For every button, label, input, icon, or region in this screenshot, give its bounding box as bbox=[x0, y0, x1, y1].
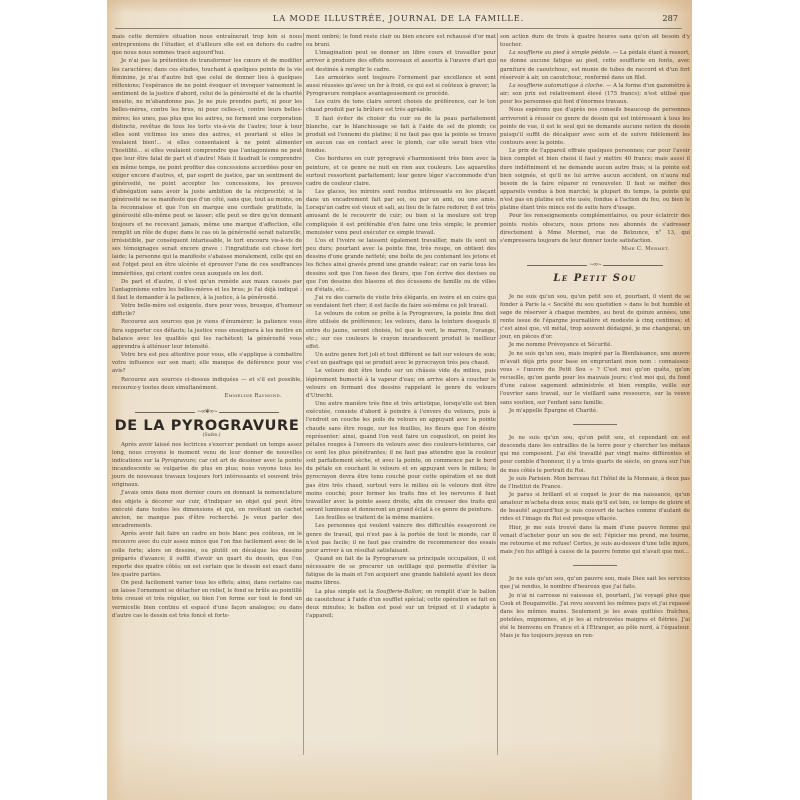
author-signature: Emmeline Raymond. bbox=[112, 392, 302, 400]
paragraph: Les personnes qui veulent vaincre des di… bbox=[306, 522, 496, 555]
paragraph: Je ne suis qu'un sou, qu'un petit sou, e… bbox=[500, 434, 690, 475]
ornament-line bbox=[135, 412, 195, 413]
paragraph: On peut facilement varier tous les effet… bbox=[112, 579, 302, 620]
paragraph: Les glaces, les miroirs sont rendus inté… bbox=[306, 188, 496, 237]
section-divider bbox=[573, 565, 617, 566]
section-divider bbox=[573, 424, 617, 425]
journal-title: LA MODE ILLUSTRÉE, JOURNAL DE LA FAMILLE… bbox=[115, 13, 682, 23]
paragraph: La soufflerie au pied à simple pédale. —… bbox=[500, 49, 690, 82]
paragraph: Les cuirs de tons clairs seront choisis … bbox=[306, 98, 496, 114]
paragraph: Le prix de l'appareil effraie quelques p… bbox=[500, 147, 690, 212]
paragraph: Pour les renseignements complémentaires,… bbox=[500, 212, 690, 245]
paragraph: Les feuilles se traitent de la même mani… bbox=[306, 514, 496, 522]
paragraph: Je ne suis qu'un sou, mais inspiré par l… bbox=[500, 350, 690, 407]
paragraph: Votre bru est peu attentive pour vous, e… bbox=[112, 351, 302, 375]
paragraph: Après avoir fait faire un cadre en bois … bbox=[112, 530, 302, 579]
section-ornament: ∼∞∼ bbox=[500, 261, 690, 269]
paragraph: Je me nomme Prévoyance et Sécurité. bbox=[500, 341, 690, 349]
paragraph: Je parus si brillant et si coquet le jou… bbox=[500, 491, 690, 524]
ornament-flourish-icon: ∼∞∼ bbox=[589, 261, 601, 269]
paragraph: Je ne suis qu'un sou, qu'un petit sou et… bbox=[500, 293, 690, 342]
page-number: 287 bbox=[662, 13, 678, 23]
paragraph: L'imagination peut se donner un libre co… bbox=[306, 49, 496, 73]
paragraph: Les armoiries sont toujours l'ornement p… bbox=[306, 74, 496, 98]
ornament-line bbox=[527, 265, 587, 266]
emphasis: Soufflerie-Ballon bbox=[376, 589, 421, 595]
article-title: DE LA PYROGRAVURE bbox=[112, 422, 302, 430]
paragraph: Votre belle-mère est exigente, dure pour… bbox=[112, 302, 302, 318]
paragraph: Un autre genre fort joli et tout différe… bbox=[306, 351, 496, 367]
page-header: LA MODE ILLUSTRÉE, JOURNAL DE LA FAMILLE… bbox=[115, 10, 682, 29]
paragraph: Après avoir laissé nos lectrices s'exerc… bbox=[112, 441, 302, 490]
paragraph: Il faut éviter de choisir du cuir ou de … bbox=[306, 115, 496, 156]
paragraph: Quand on fait de la Pyrogravure sa princ… bbox=[306, 555, 496, 588]
column-divider bbox=[497, 33, 498, 755]
ornament-flourish-icon: ∼∞❦∞∼ bbox=[197, 408, 217, 416]
paragraph: son action dure de trois à quatre heures… bbox=[500, 33, 690, 49]
emphasis: La soufflerie automatique à cloche. bbox=[509, 83, 604, 89]
ornament-line bbox=[219, 412, 279, 413]
paragraph: Recourez aux sources que je viens d'énum… bbox=[112, 318, 302, 351]
paragraph: L'os et l'ivoire se laissent également t… bbox=[306, 237, 496, 294]
paragraph: La soufflerie automatique à cloche. — A … bbox=[500, 82, 690, 106]
paragraph: J'avais omis dans mon dernier cours en d… bbox=[112, 489, 302, 530]
paragraph: Je n'ai pas la prétention de transformer… bbox=[112, 57, 302, 277]
paragraph: Ces bordures en cuir pyrogravé s'harmoni… bbox=[306, 155, 496, 188]
paragraph: Je m'appelle Épargne et Charité. bbox=[500, 407, 690, 415]
paragraph: Recourez aux sources ci-dessus indiquées… bbox=[112, 376, 302, 392]
newspaper-page: LA MODE ILLUSTRÉE, JOURNAL DE LA FAMILLE… bbox=[107, 0, 692, 800]
paragraph: Je suis Parisien. Mon berceau fut l'hôte… bbox=[500, 475, 690, 491]
paragraph: Hier, je me suis trouvé dans la main d'u… bbox=[500, 524, 690, 557]
text: La plus simple est la bbox=[315, 589, 376, 595]
column-right: son action dure de trois à quatre heures… bbox=[500, 33, 690, 640]
author-signature: Mme C. Mermet. bbox=[500, 245, 690, 253]
paragraph: Je ne suis qu'un sou, qu'un pauvre sou, … bbox=[500, 575, 690, 591]
column-middle: ment ombré; le fond reste clair ou bien … bbox=[306, 33, 496, 620]
paragraph: De part et d'autre, il n'est qu'un remèd… bbox=[112, 278, 302, 302]
column-divider bbox=[303, 33, 304, 755]
section-ornament: ∼∞❦∞∼ bbox=[112, 408, 302, 416]
paragraph: Une autre manière très fine et très arti… bbox=[306, 400, 496, 514]
paragraph: Nous espérons que d'après nos conseils b… bbox=[500, 106, 690, 147]
paragraph: Le velours de coton se prête à la Pyrogr… bbox=[306, 310, 496, 351]
paragraph: La plus simple est la Soufflerie-Ballon;… bbox=[306, 588, 496, 621]
ornament-line bbox=[603, 265, 663, 266]
paragraph: ment ombré; le fond reste clair ou bien … bbox=[306, 33, 496, 49]
column-left: mais cette dernière situation nous entra… bbox=[112, 33, 302, 620]
paragraph: J'ai vu des carnets de visite très éléga… bbox=[306, 294, 496, 310]
story-title: Le Petit Sou bbox=[500, 275, 690, 283]
emphasis: La soufflerie au pied à simple pédale. bbox=[509, 50, 611, 56]
paragraph: Le velours doit être tendu sur un châssi… bbox=[306, 367, 496, 400]
paragraph: Je n'ai ni carrosse ni vaisseau et, pour… bbox=[500, 592, 690, 641]
paragraph: mais cette dernière situation nous entra… bbox=[112, 33, 302, 57]
